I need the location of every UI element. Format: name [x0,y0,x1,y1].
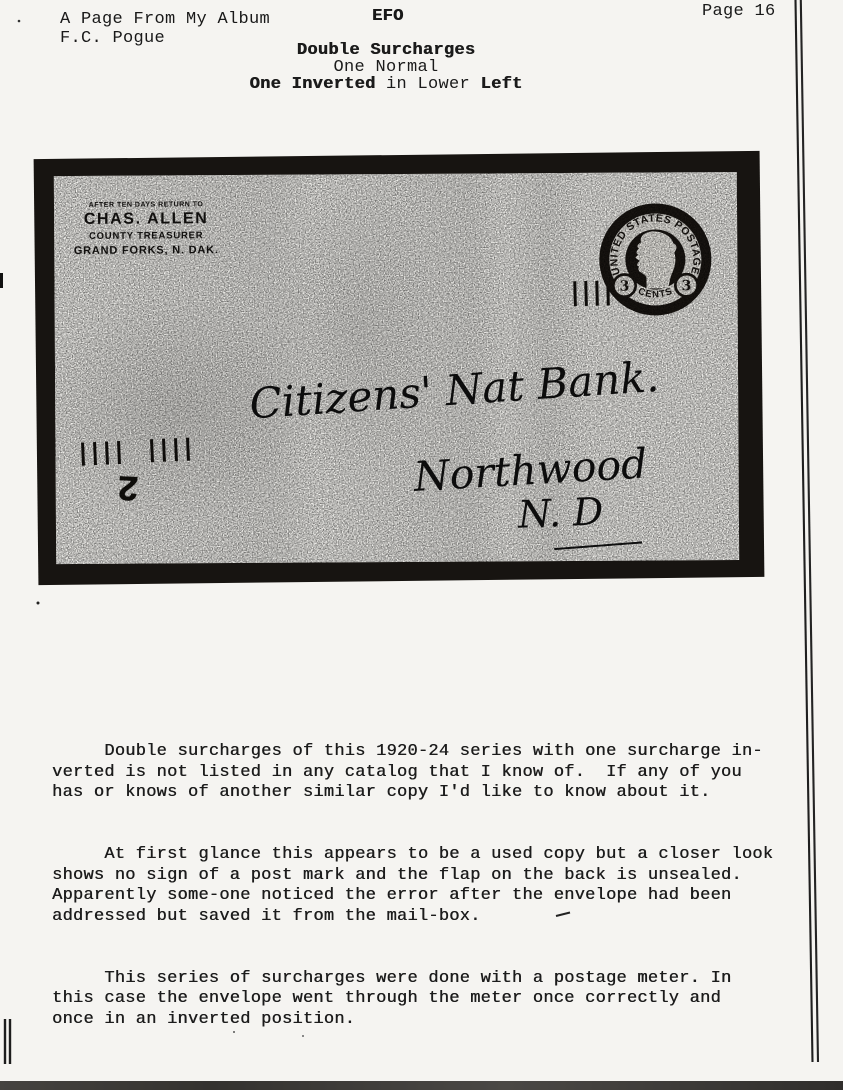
handwritten-addressee: Citizens' Nat Bank. [248,352,661,428]
paragraph-2: At first glance this appears to be a use… [52,845,774,927]
handwritten-state: N. D [517,489,604,536]
paragraph-3: This series of surcharges were done with… [52,969,774,1031]
tick-mark [117,441,121,464]
album-title: A Page From My Album [60,10,270,29]
page-number: Page 16 [702,2,776,21]
tick-mark [186,438,190,461]
stamp-denomination-left: 3 [620,279,630,295]
return-address-block: AFTER TEN DAYS RETURN TO CHAS. ALLEN COU… [72,201,220,257]
tick-mark [162,439,166,462]
page-edge-line [801,0,818,1062]
inverted-surcharge-ticks-group2 [150,438,190,463]
paragraph-1: Double surcharges of this 1920-24 series… [52,742,774,804]
postage-stamp-indicium: UNITED STATES POSTAGE CENTS 3 3 [595,199,716,320]
body-text: Double surcharges of this 1920-24 series… [52,701,774,1072]
subtitle-line-3: One Inverted in Lower Left [0,75,772,94]
return-address-line3: COUNTY TREASURER [72,230,220,242]
efo-label: EFO [372,7,404,26]
stamp-denomination-right: 3 [682,278,692,294]
envelope: AFTER TEN DAYS RETURN TO CHAS. ALLEN COU… [54,172,739,564]
page-edge-line [796,0,813,1062]
tick-mark [584,281,588,306]
subtitle-line-3-seg1: One Inverted [249,75,375,94]
return-address-line2: CHAS. ALLEN [72,210,220,229]
subtitle-line-3-seg3: Left [481,75,523,94]
envelope-photo-frame: AFTER TEN DAYS RETURN TO CHAS. ALLEN COU… [34,151,765,585]
stray-dot [18,20,21,23]
tick-mark [174,438,178,461]
scan-bottom-bar [0,1081,843,1090]
scanned-album-page: A Page From My Album F.C. Pogue EFO Page… [0,0,843,1090]
handwriting-flourish [554,541,642,550]
return-address-line4: GRAND FORKS, N. DAK. [72,244,220,257]
stray-dot [37,602,40,605]
subtitle-line-3-seg2: in Lower [375,75,480,94]
tick-mark [150,439,154,462]
tick-mark [93,442,97,465]
inverted-surcharge-ticks-group1 [81,441,121,466]
return-address-line1: AFTER TEN DAYS RETURN TO [72,201,220,209]
tick-mark [105,442,109,465]
tick-mark [573,281,577,306]
tick-mark [81,443,85,466]
inverted-surcharge-numeral: 2 [117,465,140,507]
